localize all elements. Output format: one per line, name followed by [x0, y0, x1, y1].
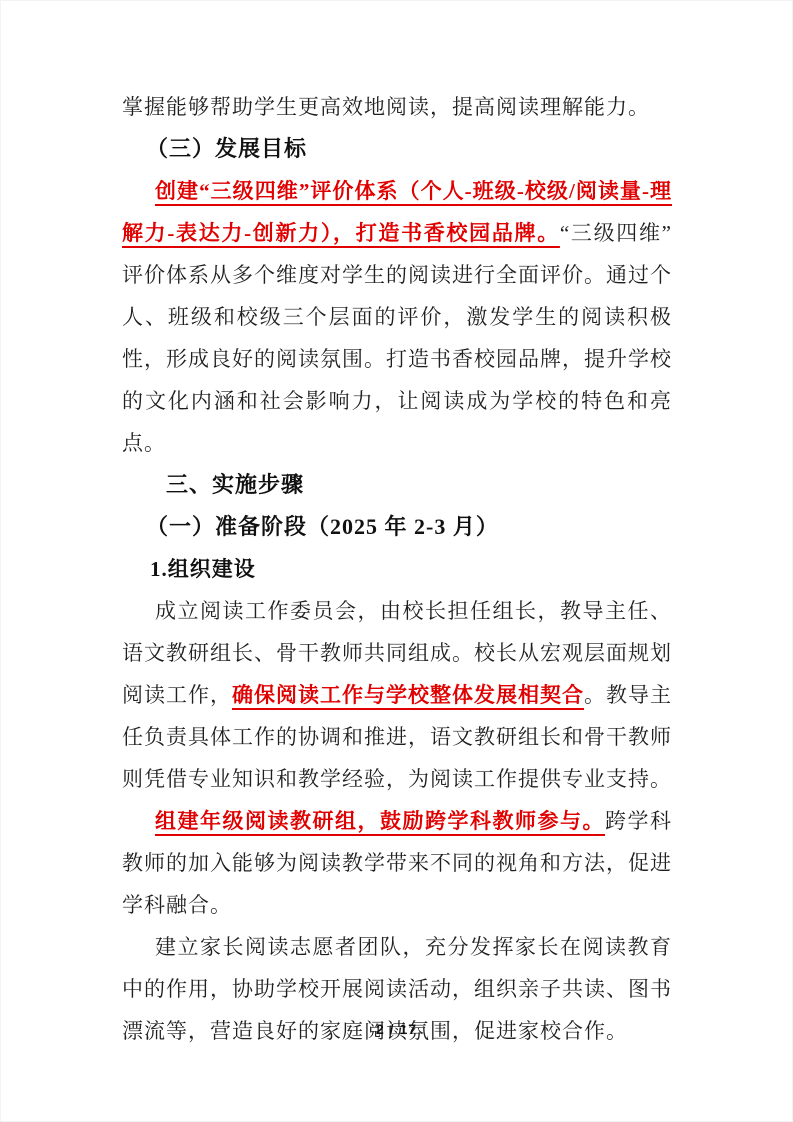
page-content: 掌握能够帮助学生更高效地阅读，提高阅读理解能力。 （三）发展目标 创建“三级四维… — [1, 1, 792, 1052]
page-number: 2 / 17 — [1, 1021, 792, 1037]
heading-development-goals: （三）发展目标 — [122, 128, 672, 170]
document-page: 掌握能够帮助学生更高效地阅读，提高阅读理解能力。 （三）发展目标 创建“三级四维… — [0, 0, 793, 1122]
paragraph-evaluation-system: 创建“三级四维”评价体系（个人-班级-校级/阅读量-理解力-表达力-创新力），打… — [122, 170, 672, 464]
paragraph-reading-committee: 成立阅读工作委员会，由校长担任组长，教导主任、语文教研组长、骨干教师共同组成。校… — [122, 590, 672, 800]
heading-preparation-stage: （一）准备阶段（2025 年 2-3 月） — [122, 506, 672, 548]
body-text-run: “三级四维”评价体系从多个维度对学生的阅读进行全面评价。通过个人、班级和校级三个… — [122, 221, 672, 455]
paragraph-research-group: 组建年级阅读教研组，鼓励跨学科教师参与。跨学科教师的加入能够为阅读教学带来不同的… — [122, 800, 672, 926]
heading-organization-building: 1.组织建设 — [122, 548, 672, 590]
paragraph-carryover: 掌握能够帮助学生更高效地阅读，提高阅读理解能力。 — [122, 86, 672, 128]
red-underlined-run: 组建年级阅读教研组，鼓励跨学科教师参与。 — [155, 809, 605, 833]
red-underlined-run: 确保阅读工作与学校整体发展相契合 — [232, 683, 584, 707]
heading-implementation-steps: 三、实施步骤 — [122, 464, 672, 506]
